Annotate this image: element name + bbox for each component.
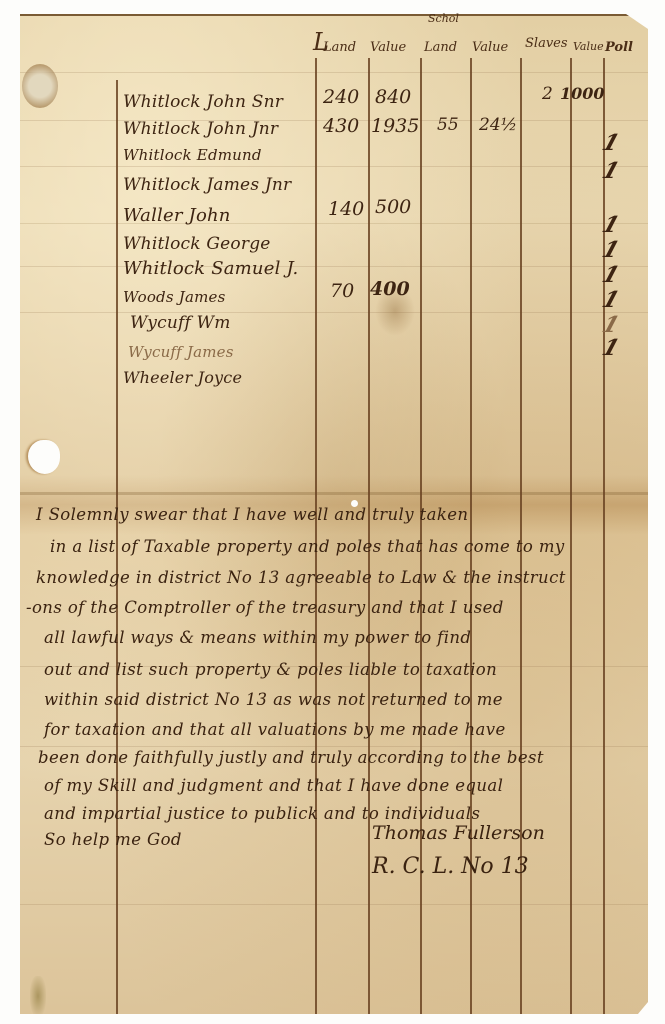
header-slaves: Slaves [525,36,568,51]
value-value: 500 [375,196,411,218]
signature-title: R. C. L. No 13 [372,854,529,879]
row-name: Waller John [123,205,231,226]
row-name: Wheeler Joyce [123,368,242,387]
column-rule-poll [603,58,605,1016]
oath-line: for taxation and that all valuations by … [44,720,506,739]
header-school-land: Land [424,40,457,55]
header-slaves-value: Value [573,40,604,53]
oath-line: all lawful ways & means within my power … [44,628,471,647]
ruled-line [20,166,648,167]
oath-line: within said district No 13 as was not re… [44,690,503,709]
oath-line: knowledge in district No 13 agreeable to… [36,568,566,587]
value-value: 400 [370,278,410,300]
school-value-value: 24½ [479,115,517,135]
oath-line: been done faithfully justly and truly ac… [38,748,544,767]
oath-line: I Solemnly swear that I have well and tr… [36,505,468,524]
header-value: Value [370,40,406,55]
water-stain [22,64,58,108]
fold-crease [20,223,648,224]
column-rule-slaves-value [570,58,572,1016]
slaves-value: 1000 [560,84,605,103]
fold-crease [20,492,648,495]
row-name: Wycuff James [128,343,234,361]
ink-stain [30,976,46,1016]
value-value: 1935 [371,115,419,137]
ruled-line [20,266,648,267]
row-name: Whitlock Edmund [123,146,262,164]
land-value: 70 [330,280,354,302]
oath-line: in a list of Taxable property and poles … [50,537,565,556]
row-name: Whitlock Samuel J. [123,258,298,279]
school-land-value: 55 [437,115,459,135]
oath-line: -ons of the Comptroller of the treasury … [26,598,504,617]
ruled-line [20,904,648,905]
header-school: Schol [428,12,459,25]
ruled-line [20,312,648,313]
header-land: Land [323,40,356,55]
land-value: 240 [323,86,359,108]
row-name: Whitlock John Snr [123,92,283,112]
row-name: Wycuff Wm [130,313,231,333]
ruled-line [20,746,648,747]
row-name: Whitlock James Jnr [123,175,291,195]
paper-hole [28,440,60,474]
oath-line: So help me God [44,830,182,849]
oath-line: of my Skill and judgment and that I have… [44,776,503,795]
row-name: Whitlock John Jnr [123,119,278,139]
land-value: 140 [328,198,364,220]
land-value: 430 [323,115,359,137]
signature-name: Thomas Fullerson [372,822,545,844]
row-name: Whitlock George [123,234,271,254]
header-poll: Poll [605,40,633,55]
oath-line: and impartial justice to publick and to … [44,804,480,823]
ruled-line [20,72,648,73]
header-school-value: Value [472,40,508,55]
slaves-count: 2 [542,84,553,104]
row-name: Woods James [123,288,225,306]
value-value: 840 [375,86,411,108]
oath-line: out and list such property & poles liabl… [44,660,497,679]
